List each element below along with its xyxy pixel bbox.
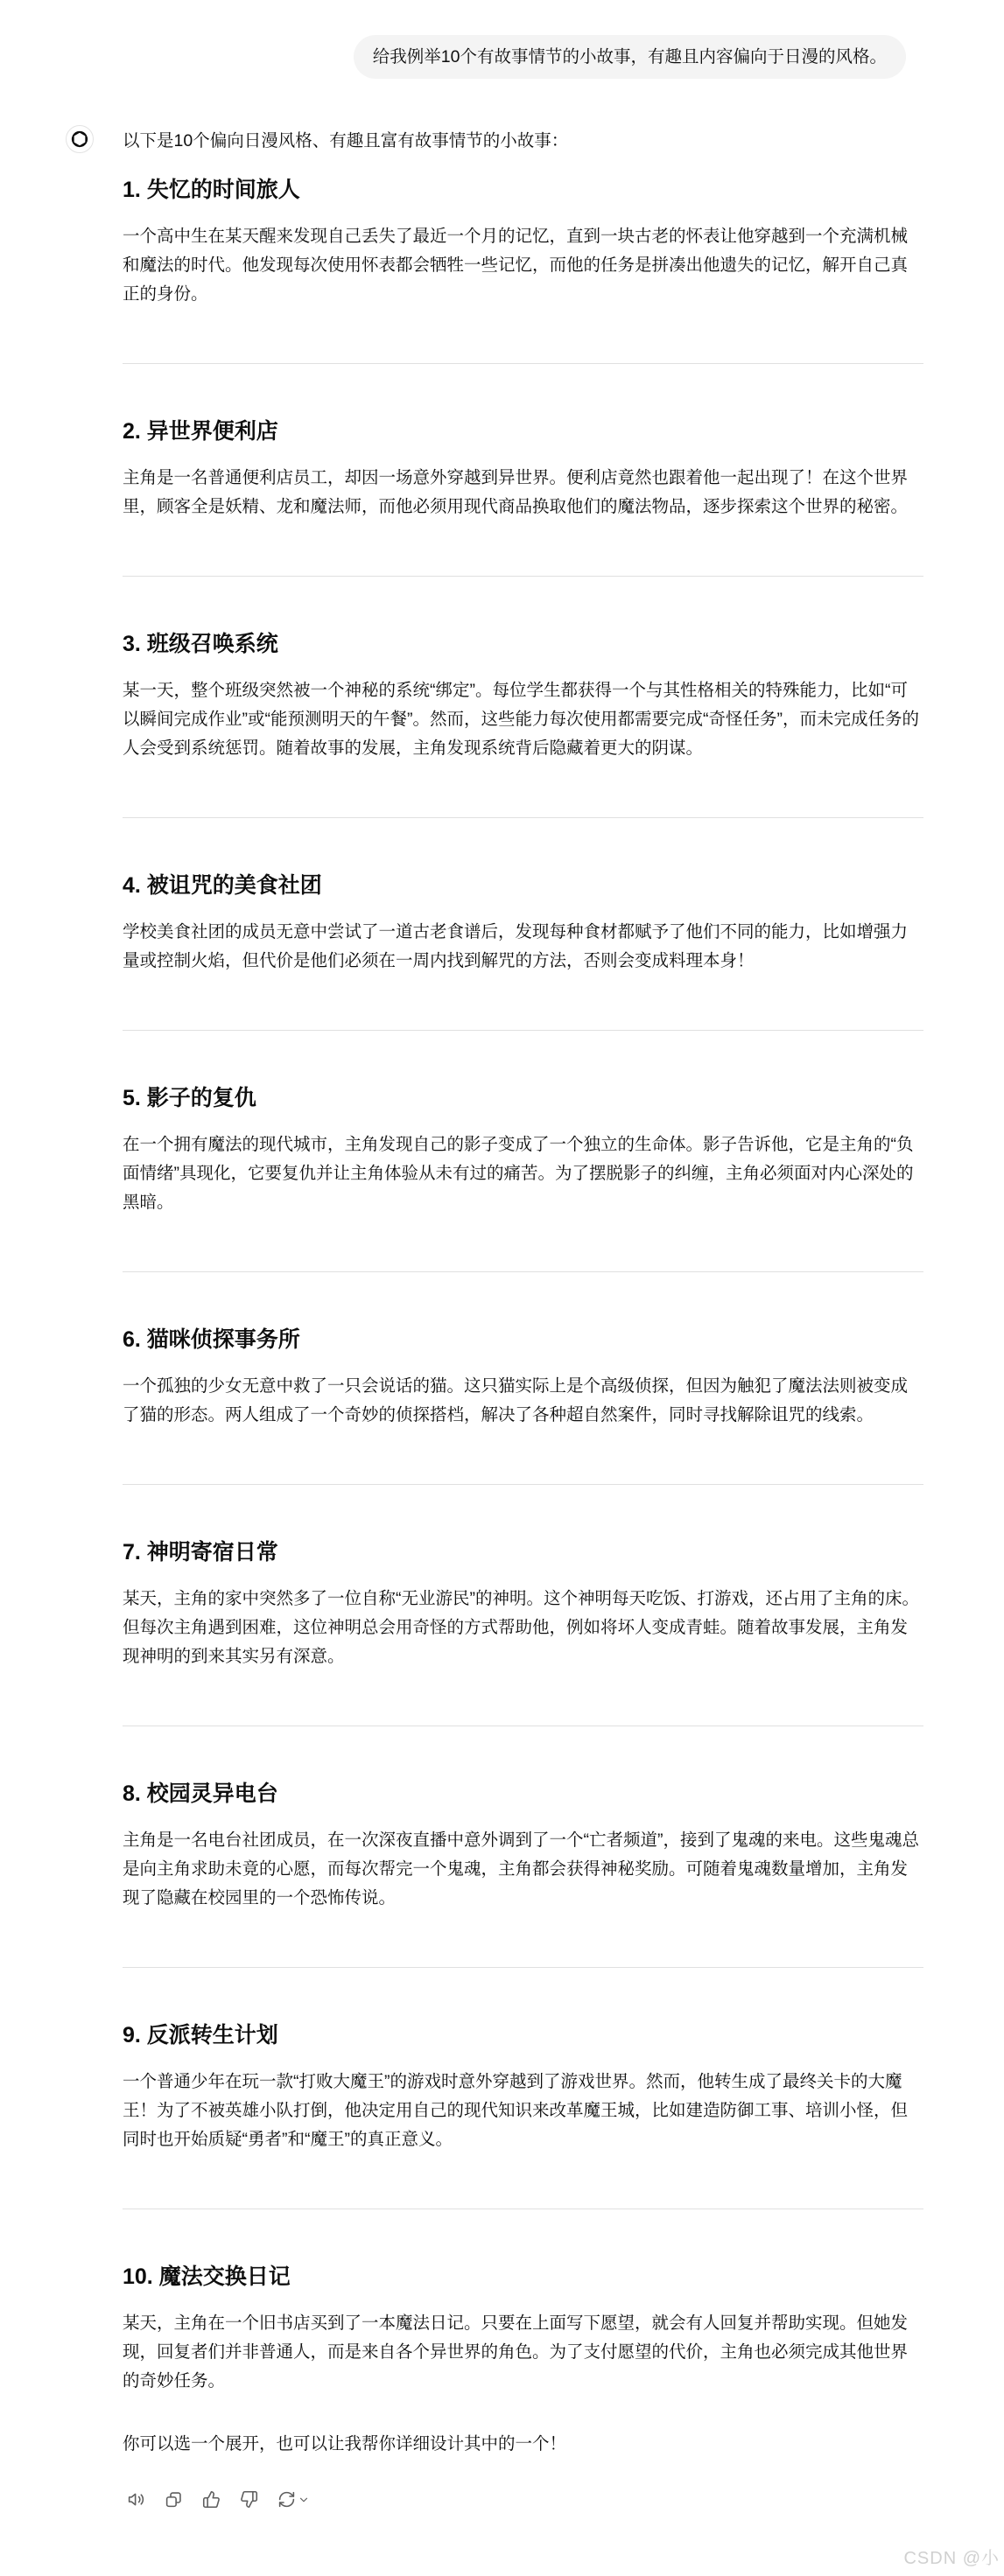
story-body: 某天，主角在一个旧书店买到了一本魔法日记。只要在上面写下愿望，就会有人回复并帮助… xyxy=(123,2309,923,2396)
conversation: 给我例举10个有故事情节的小故事，有趣且内容偏向于日漫的风格。 以下是10个偏向… xyxy=(66,0,923,2510)
story-section-10: 10. 魔法交换日记 某天，主角在一个旧书店买到了一本魔法日记。只要在上面写下愿… xyxy=(123,2264,923,2396)
divider xyxy=(123,1030,923,1031)
thumbs-down-icon xyxy=(240,2490,258,2509)
story-body: 学校美食社团的成员无意中尝试了一道古老食谱后，发现每种食材都赋予了他们不同的能力… xyxy=(123,918,923,976)
divider xyxy=(123,1725,923,1726)
divider xyxy=(123,2208,923,2209)
story-heading: 8. 校园灵异电台 xyxy=(123,1781,923,1807)
thumbs-up-button[interactable] xyxy=(200,2488,222,2510)
story-body: 一个高中生在某天醒来发现自己丢失了最近一个月的记忆，直到一块古老的怀表让他穿越到… xyxy=(123,222,923,309)
story-heading: 3. 班级召唤系统 xyxy=(123,631,923,657)
story-section-8: 8. 校园灵异电台 主角是一名电台社团成员，在一次深夜直播中意外调到了一个“亡者… xyxy=(123,1781,923,1913)
user-message-row: 给我例举10个有故事情节的小故事，有趣且内容偏向于日漫的风格。 xyxy=(66,35,923,79)
story-heading: 9. 反派转生计划 xyxy=(123,2022,923,2048)
divider xyxy=(123,363,923,364)
assistant-message-row: 以下是10个偏向日漫风格、有趣且富有故事情节的小故事： 1. 失忆的时间旅人 一… xyxy=(66,125,923,2510)
story-body: 一个普通少年在玩一款“打败大魔王”的游戏时意外穿越到了游戏世界。然而，他转生成了… xyxy=(123,2068,923,2154)
story-body: 某一天，整个班级突然被一个神秘的系统“绑定”。每位学生都获得一个与其性格相关的特… xyxy=(123,676,923,763)
user-message-bubble: 给我例举10个有故事情节的小故事，有趣且内容偏向于日漫的风格。 xyxy=(354,35,906,79)
regenerate-button[interactable] xyxy=(276,2488,312,2510)
openai-logo-icon xyxy=(70,129,89,149)
story-heading: 5. 影子的复仇 xyxy=(123,1085,923,1111)
story-heading: 4. 被诅咒的美食社团 xyxy=(123,872,923,899)
story-heading: 1. 失忆的时间旅人 xyxy=(123,177,923,203)
story-section-3: 3. 班级召唤系统 某一天，整个班级突然被一个神秘的系统“绑定”。每位学生都获得… xyxy=(123,631,923,763)
assistant-closing: 你可以选一个展开，也可以让我帮你详细设计其中的一个！ xyxy=(123,2431,923,2457)
csdn-watermark: CSDN @小 xyxy=(903,2544,1000,2569)
assistant-avatar xyxy=(66,125,94,153)
thumbs-up-icon xyxy=(202,2490,221,2509)
chevron-down-icon xyxy=(298,2494,310,2506)
regenerate-icon xyxy=(277,2490,296,2509)
story-body: 一个孤独的少女无意中救了一只会说话的猫。这只猫实际上是个高级侦探，但因为触犯了魔… xyxy=(123,1372,923,1430)
story-section-6: 6. 猫咪侦探事务所 一个孤独的少女无意中救了一只会说话的猫。这只猫实际上是个高… xyxy=(123,1326,923,1430)
story-body: 主角是一名电台社团成员，在一次深夜直播中意外调到了一个“亡者频道”，接到了鬼魂的… xyxy=(123,1826,923,1913)
story-section-9: 9. 反派转生计划 一个普通少年在玩一款“打败大魔王”的游戏时意外穿越到了游戏世… xyxy=(123,2022,923,2154)
message-actions xyxy=(125,2488,923,2510)
story-section-1: 1. 失忆的时间旅人 一个高中生在某天醒来发现自己丢失了最近一个月的记忆，直到一… xyxy=(123,177,923,309)
read-aloud-icon xyxy=(127,2490,145,2509)
divider xyxy=(123,1484,923,1485)
assistant-message-content: 以下是10个偏向日漫风格、有趣且富有故事情节的小故事： 1. 失忆的时间旅人 一… xyxy=(123,125,923,2510)
story-body: 主角是一名普通便利店员工，却因一场意外穿越到异世界。便利店竟然也跟着他一起出现了… xyxy=(123,464,923,521)
copy-button[interactable] xyxy=(163,2488,185,2510)
thumbs-down-button[interactable] xyxy=(238,2488,260,2510)
story-heading: 6. 猫咪侦探事务所 xyxy=(123,1326,923,1353)
story-body: 某天，主角的家中突然多了一位自称“无业游民”的神明。这个神明每天吃饭、打游戏，还… xyxy=(123,1585,923,1671)
divider xyxy=(123,576,923,577)
assistant-intro: 以下是10个偏向日漫风格、有趣且富有故事情节的小故事： xyxy=(123,128,923,154)
divider xyxy=(123,817,923,818)
story-section-2: 2. 异世界便利店 主角是一名普通便利店员工，却因一场意外穿越到异世界。便利店竟… xyxy=(123,418,923,521)
story-heading: 10. 魔法交换日记 xyxy=(123,2264,923,2290)
divider xyxy=(123,1967,923,1968)
story-body: 在一个拥有魔法的现代城市，主角发现自己的影子变成了一个独立的生命体。影子告诉他，… xyxy=(123,1130,923,1217)
story-heading: 7. 神明寄宿日常 xyxy=(123,1539,923,1565)
copy-icon xyxy=(165,2490,183,2509)
story-section-7: 7. 神明寄宿日常 某天，主角的家中突然多了一位自称“无业游民”的神明。这个神明… xyxy=(123,1539,923,1671)
story-section-5: 5. 影子的复仇 在一个拥有魔法的现代城市，主角发现自己的影子变成了一个独立的生… xyxy=(123,1085,923,1217)
read-aloud-button[interactable] xyxy=(125,2488,147,2510)
story-heading: 2. 异世界便利店 xyxy=(123,418,923,444)
divider xyxy=(123,1271,923,1272)
story-section-4: 4. 被诅咒的美食社团 学校美食社团的成员无意中尝试了一道古老食谱后，发现每种食… xyxy=(123,872,923,976)
